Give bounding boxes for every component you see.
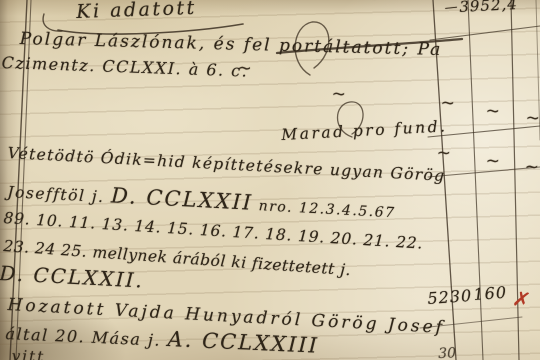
- entry3-line3: vitt: [12, 349, 46, 360]
- red-cross-mark: ✗: [511, 288, 533, 312]
- entry2-line5: D. CCLXXII.: [0, 263, 144, 291]
- empty-value-dash: ~: [524, 159, 539, 176]
- entry3-line2-pre: által 20. Mása j.: [5, 324, 168, 350]
- handwriting-layer: Maradvány — 3952,4 Ki adatott Polgar Lás…: [0, 0, 540, 360]
- header-amount: 3952,4: [459, 0, 518, 15]
- empty-value-dash: ~: [331, 86, 346, 104]
- entry1-end-dash: ~: [237, 60, 252, 78]
- entry1-line2: Czimentz. CCLXXI. à 6. c.: [1, 55, 248, 80]
- empty-value-dash: ~: [485, 153, 500, 170]
- manuscript-page: Maradvány — 3952,4 Ki adatott Polgar Lás…: [0, 0, 540, 360]
- entry2-line2-post: nro. 12.3.4.5.67: [252, 198, 396, 221]
- entry3-line2-big: A. CCLXXIII: [167, 327, 319, 358]
- entry3-partial-amount: 30: [438, 346, 456, 360]
- entry2-note: Marad pro fund.: [281, 119, 448, 143]
- header-dash: —: [444, 1, 458, 15]
- empty-value-dash: ~: [436, 145, 451, 162]
- entry2-amount-denars: 160: [473, 285, 508, 303]
- entry2-line2-pre: Josefftöl j.: [7, 183, 112, 206]
- entry2-amount-florins: 5230: [427, 288, 473, 307]
- entry1-heading: Ki adatott: [76, 0, 197, 22]
- empty-value-dash: ~: [525, 110, 540, 128]
- empty-value-dash: ~: [485, 103, 500, 121]
- header-partial-word: Maradvány: [288, 0, 383, 2]
- entry2-line2-big: D. CCLXXII: [110, 183, 253, 214]
- entry2-line1: Vétetödtö Ódik=hid képíttetésekre ugyan …: [7, 146, 445, 184]
- empty-value-dash: ~: [440, 95, 455, 113]
